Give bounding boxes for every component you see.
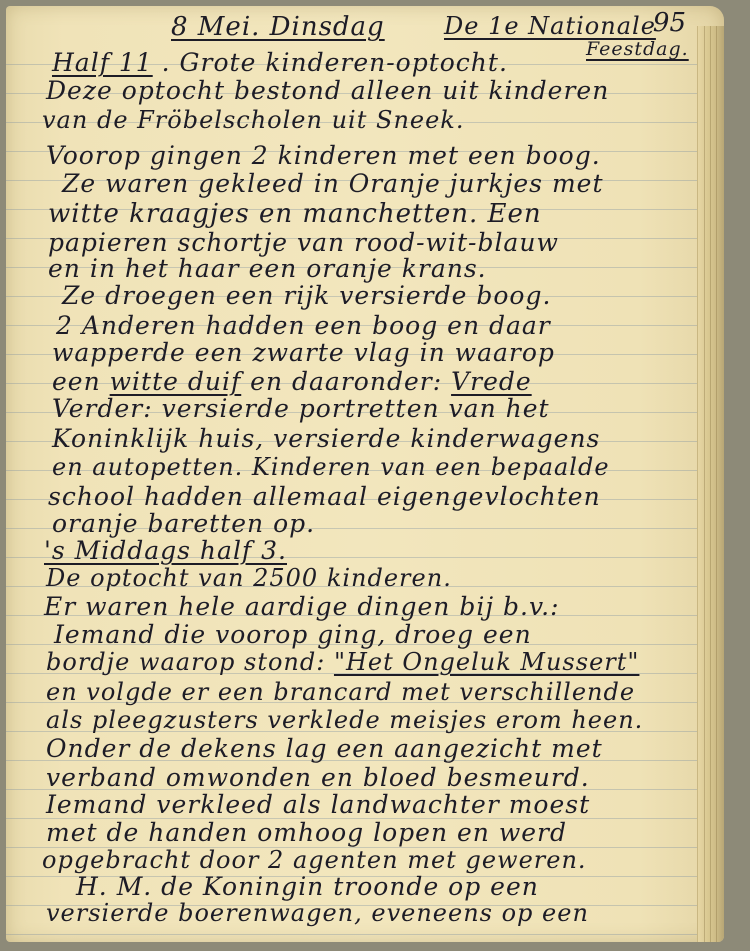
- entry-title-line2: Feestdag.: [586, 38, 689, 60]
- handwritten-line: als pleegzusters verklede meisjes erom h…: [46, 706, 643, 734]
- line-text: . Grote kinderen-optocht.: [153, 48, 508, 77]
- handwritten-line: Ze waren gekleed in Oranje jurkjes met: [62, 169, 604, 198]
- handwritten-line: wapperde een zwarte vlag in waarop: [52, 338, 555, 367]
- handwritten-line: versierde boerenwagen, eveneens op een: [46, 899, 589, 927]
- handwritten-line: school hadden allemaal eigengevlochten: [48, 482, 601, 511]
- handwritten-line: Iemand die voorop ging, droeg een: [54, 620, 532, 649]
- handwritten-line: De optocht van 2500 kinderen.: [46, 564, 452, 592]
- handwritten-line: Iemand verkleed als landwachter moest: [46, 790, 590, 819]
- handwritten-line: en volgde er een brancard met verschille…: [46, 678, 635, 706]
- time-heading: Half 11: [52, 48, 153, 77]
- handwritten-line: met de handen omhoog lopen en werd: [46, 818, 567, 847]
- handwritten-line: witte kraagjes en manchetten. Een: [48, 199, 542, 229]
- underlined-word-vrede: Vrede: [451, 367, 532, 396]
- handwritten-line: Koninklijk huis, versierde kinderwagens: [52, 424, 600, 453]
- handwritten-line: 2 Anderen hadden een boog en daar: [56, 311, 551, 340]
- handwritten-line: Half 11 . Grote kinderen-optocht.: [52, 48, 508, 77]
- handwritten-line: Ze droegen een rijk versierde boog.: [62, 281, 551, 310]
- time-heading: 's Middags half 3.: [44, 536, 287, 565]
- underlined-phrase: witte duif: [110, 367, 242, 396]
- ruled-line: [6, 934, 698, 935]
- handwritten-line: Onder de dekens lag een aangezicht met: [46, 734, 603, 763]
- handwritten-line: van de Fröbelscholen uit Sneek.: [42, 106, 464, 134]
- notebook-page: 95 8 Mei. Dinsdag De 1e Nationale Feestd…: [6, 6, 724, 942]
- handwritten-line: bordje waarop stond: "Het Ongeluk Musser…: [46, 648, 639, 676]
- page-edge-line: [716, 26, 717, 942]
- handwritten-line: Voorop gingen 2 kinderen met een boog.: [46, 141, 601, 170]
- entry-date: 8 Mei. Dinsdag: [171, 12, 385, 42]
- handwritten-line: Verder: versierde portretten van het: [52, 394, 550, 423]
- line-text: bordje waarop stond:: [46, 648, 334, 676]
- handwritten-line: papieren schortje van rood-wit-blauw: [48, 228, 559, 257]
- scanned-notebook-page: 95 8 Mei. Dinsdag De 1e Nationale Feestd…: [0, 0, 750, 951]
- handwritten-line: en in het haar een oranje krans.: [48, 254, 487, 283]
- page-edge-line: [704, 26, 705, 942]
- handwritten-line: oranje baretten op.: [52, 509, 315, 538]
- page-number: 95: [653, 8, 686, 38]
- handwritten-line: H. M. de Koningin troonde op een: [76, 872, 539, 901]
- line-text: een: [52, 367, 110, 396]
- handwritten-line: opgebracht door 2 agenten met geweren.: [42, 846, 587, 874]
- entry-title-line1: De 1e Nationale: [444, 12, 656, 40]
- handwritten-line: Er waren hele aardige dingen bij b.v.:: [44, 592, 560, 621]
- handwritten-line: verband omwonden en bloed besmeurd.: [46, 763, 590, 792]
- handwritten-line: en autopetten. Kinderen van een bepaalde: [52, 453, 610, 481]
- handwritten-line: een witte duif en daaronder: Vrede: [52, 367, 532, 396]
- page-edge-line: [710, 26, 711, 942]
- underlined-quote: "Het Ongeluk Mussert": [334, 648, 639, 676]
- handwritten-line: Deze optocht bestond alleen uit kinderen: [46, 76, 609, 105]
- line-text: en daaronder:: [241, 367, 451, 396]
- page-stack-edge: [697, 26, 724, 942]
